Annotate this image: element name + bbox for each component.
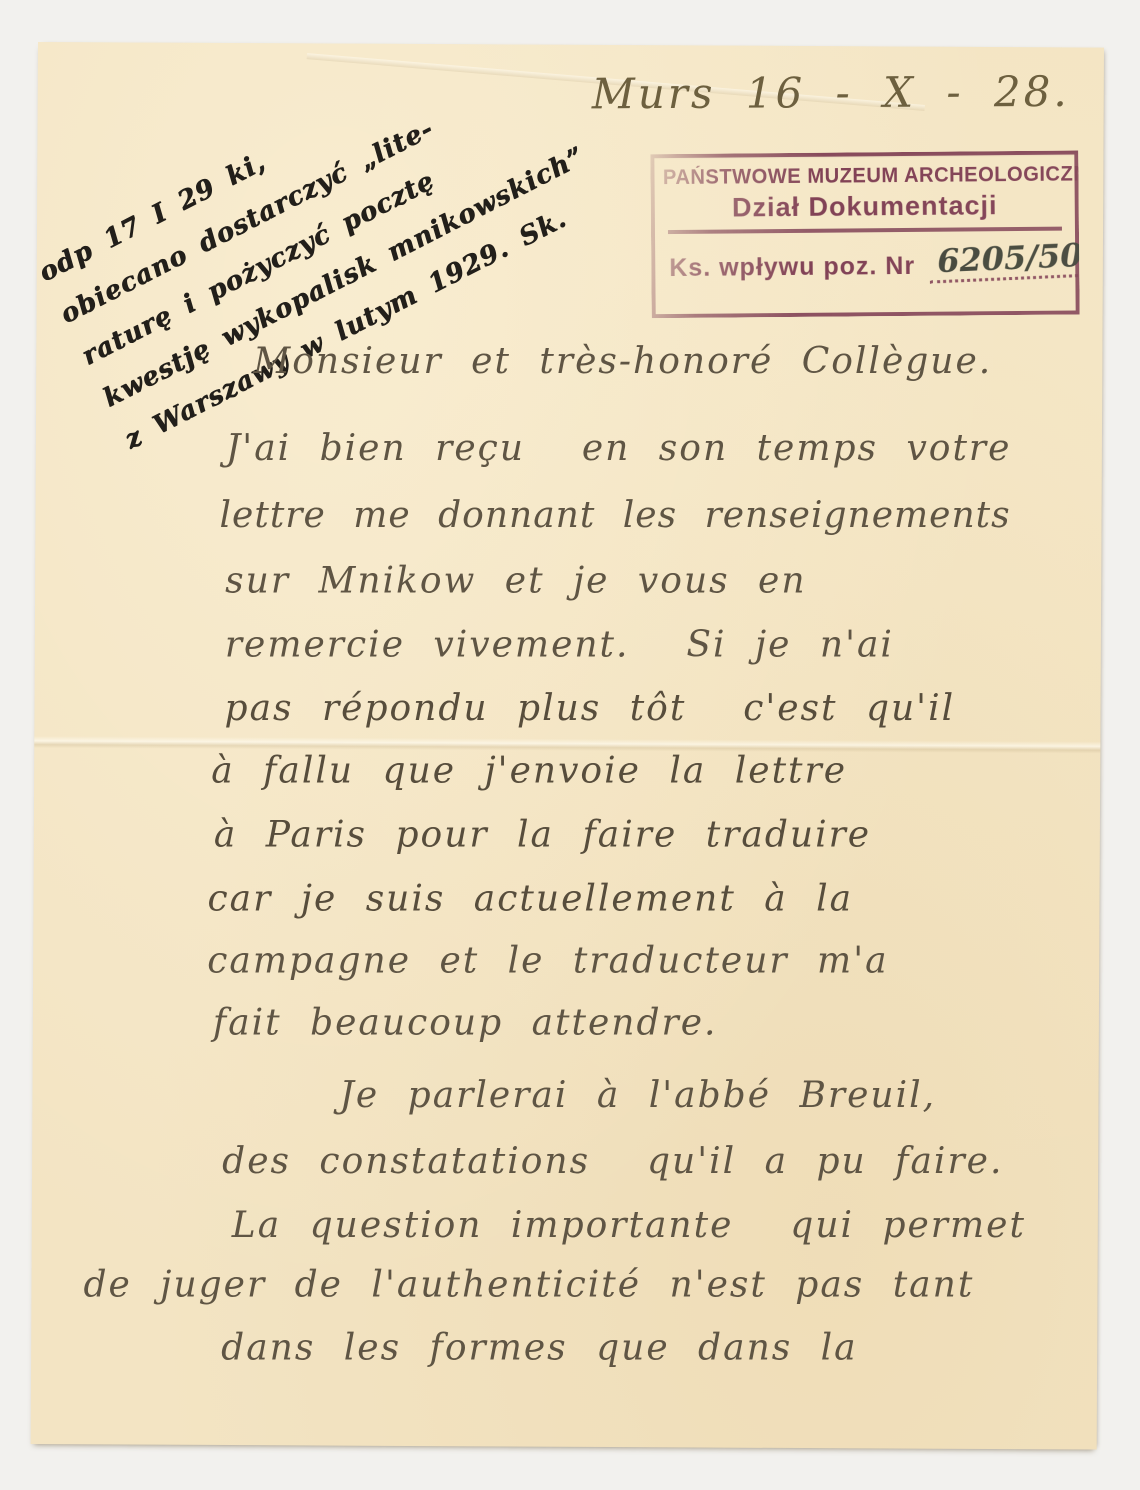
- stamp-registry-row: Ks. wpływu poz. Nr 6205/50: [655, 239, 1075, 284]
- letter-line: Je parlerai à l'abbé Breuil,: [339, 1075, 936, 1116]
- letter-line: J'ai bien reçu en son temps votre: [226, 428, 1012, 469]
- letter-line: lettre me donnant les renseignements: [220, 495, 1011, 536]
- letter-line: à Paris pour la faire traduire: [214, 815, 871, 856]
- letter-line: remercie vivement. Si je n'ai: [225, 625, 894, 666]
- letter-line: dans les formes que dans la: [221, 1328, 857, 1369]
- letter-line: sur Mnikow et je vous en: [225, 561, 806, 602]
- letter-line: des constatations qu'il a pu faire.: [222, 1141, 1003, 1182]
- scan-background: Murs 16 - X - 28. PAŃSTWOWE MUZEUM ARCHE…: [0, 0, 1140, 1490]
- letter-paper: Murs 16 - X - 28. PAŃSTWOWE MUZEUM ARCHE…: [31, 42, 1104, 1450]
- date-line: Murs 16 - X - 28.: [592, 67, 1070, 119]
- letter-line: Monsieur et très-honoré Collègue.: [253, 341, 992, 382]
- letter-line: pas répondu plus tôt c'est qu'il: [225, 688, 956, 729]
- letter-line: La question importante qui permet: [232, 1205, 1026, 1246]
- letter-line: car je suis actuellement à la: [208, 879, 854, 920]
- stamp-divider: [668, 227, 1063, 234]
- letter-line: campagne et le traducteur m'a: [207, 941, 888, 982]
- polish-annotation: odp 17 I 29 ki, obiecano dostarczyć „lit…: [30, 30, 573, 463]
- letter-line: de juger de l'authenticité n'est pas tan…: [83, 1265, 974, 1306]
- stamp-registry-number: 6205/50: [928, 236, 1091, 284]
- letter-line: fait beaucoup attendre.: [213, 1002, 718, 1043]
- stamp-department-line: Dział Dokumentacji: [655, 190, 1075, 225]
- letter-line: à fallu que j'envoie la lettre: [211, 751, 847, 792]
- registry-stamp: PAŃSTWOWE MUZEUM ARCHEOLOGICZNE Dział Do…: [650, 150, 1079, 318]
- stamp-institution-line: PAŃSTWOWE MUZEUM ARCHEOLOGICZNE: [663, 163, 1066, 191]
- stamp-registry-label: Ks. wpływu poz. Nr: [669, 252, 915, 283]
